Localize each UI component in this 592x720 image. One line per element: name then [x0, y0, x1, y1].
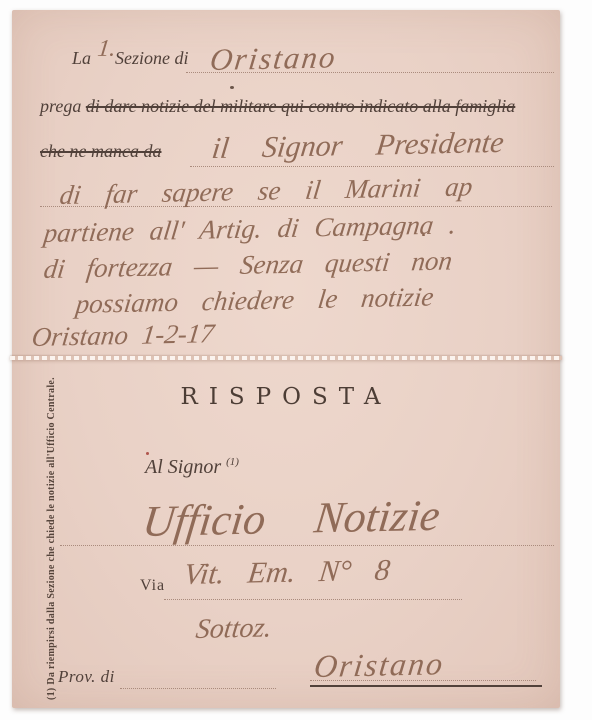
addressee-label-row: Al Signor (1) [145, 456, 239, 479]
via-value-handwritten: Vit. Em. N° 8 [182, 554, 392, 592]
handwritten-line: partiene all' Artig. di Campagna . [42, 209, 458, 249]
line1-prefix: La [72, 48, 91, 69]
prov-label: Prov. di [58, 667, 115, 687]
addressee-footnote-mark: (1) [226, 456, 239, 468]
paper-speck [146, 452, 149, 455]
handwritten-line: possiamo chiedere le notizie [74, 282, 435, 320]
line1-label: Sezione di [115, 48, 189, 69]
signature-underline [310, 685, 542, 687]
postcard-scan: La 1. Sezione di Oristano prega di dare … [12, 10, 560, 708]
handwritten-line: Oristano 1-2-17 [30, 318, 216, 353]
prov-value-handwritten: Oristano [312, 645, 447, 685]
risposta-heading: RISPOSTA [12, 384, 560, 410]
locality-handwritten: Sottoz. [194, 612, 274, 646]
via-label: Via [140, 577, 165, 595]
via-fill-line [164, 599, 462, 600]
printed-line2: prega di dare notizie del militare qui c… [40, 96, 515, 117]
line3-fill-line [190, 166, 554, 167]
line3-value-handwritten: il Signor Presidente [210, 126, 506, 166]
handwritten-line: di fortezza — Senza questi non [42, 245, 454, 285]
line2-lead: prega [40, 96, 86, 116]
addressee-value-handwritten: Ufficio Notizie [140, 490, 443, 547]
footnote-vertical-text: (1) Da riempirsi dalla Sezione che chied… [46, 378, 60, 700]
line1-value-handwritten: Oristano [208, 39, 339, 78]
addressee-fill-line [60, 545, 554, 546]
paper-speck [422, 234, 425, 236]
paper-speck [230, 86, 234, 89]
perforation-line [10, 356, 562, 360]
line3-struck-text: che ne manca da [40, 141, 161, 162]
addressee-label: Al Signor [145, 456, 221, 478]
line2-struck-text: di dare notizie del militare qui contro … [86, 96, 515, 116]
prov-fill-line [120, 688, 276, 689]
